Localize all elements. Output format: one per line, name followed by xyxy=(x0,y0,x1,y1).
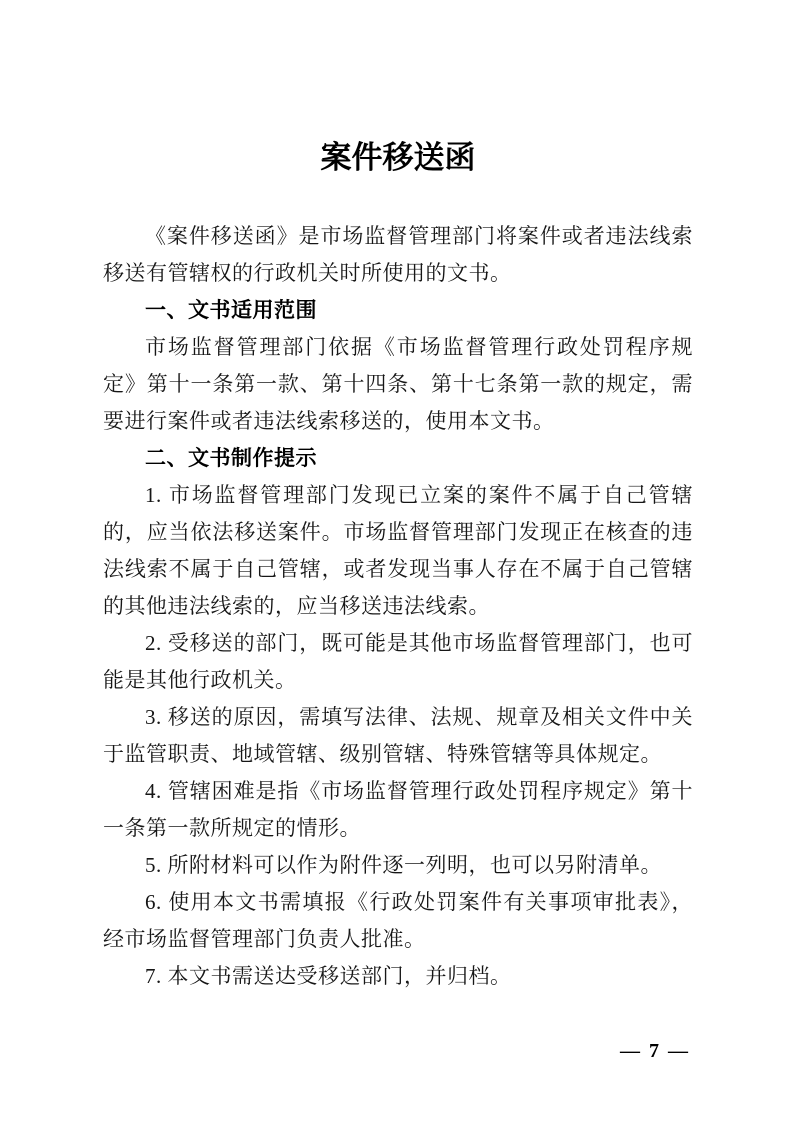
tip-item-7: 7. 本文书需送达受移送部门，并归档。 xyxy=(103,958,693,995)
tip-item-4: 4. 管辖困难是指《市场监督管理行政处罚程序规定》第十一条第一款所规定的情形。 xyxy=(103,773,693,847)
section-heading-scope: 一、文书适用范围 xyxy=(103,292,693,329)
document-page: 案件移送函 《案件移送函》是市场监督管理部门将案件或者违法线索移送有管辖权的行政… xyxy=(0,0,793,1122)
document-title: 案件移送函 xyxy=(103,0,693,175)
scope-paragraph: 市场监督管理部门依据《市场监督管理行政处罚程序规定》第十一条第一款、第十四条、第… xyxy=(103,329,693,440)
page-number: — 7 — xyxy=(620,1040,690,1062)
section-heading-tips: 二、文书制作提示 xyxy=(103,440,693,477)
document-content: 案件移送函 《案件移送函》是市场监督管理部门将案件或者违法线索移送有管辖权的行政… xyxy=(103,0,693,995)
tip-item-2: 2. 受移送的部门，既可能是其他市场监督管理部门，也可能是其他行政机关。 xyxy=(103,625,693,699)
tip-item-3: 3. 移送的原因，需填写法律、法规、规章及相关文件中关于监管职责、地域管辖、级别… xyxy=(103,699,693,773)
intro-paragraph: 《案件移送函》是市场监督管理部门将案件或者违法线索移送有管辖权的行政机关时所使用… xyxy=(103,218,693,292)
tip-item-6: 6. 使用本文书需填报《行政处罚案件有关事项审批表》，经市场监督管理部门负责人批… xyxy=(103,884,693,958)
tip-item-5: 5. 所附材料可以作为附件逐一列明，也可以另附清单。 xyxy=(103,847,693,884)
tip-item-1: 1. 市场监督管理部门发现已立案的案件不属于自己管辖的，应当依法移送案件。市场监… xyxy=(103,477,693,625)
